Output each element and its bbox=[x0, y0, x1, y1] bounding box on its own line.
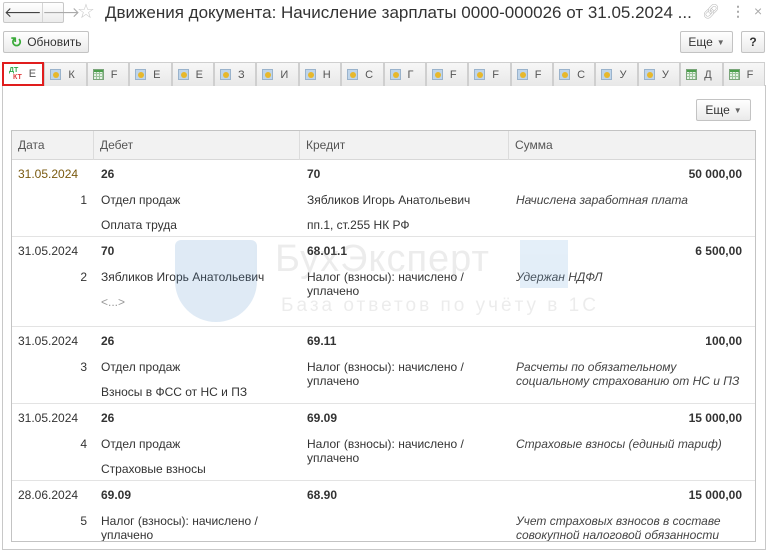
date-cell: 31.05.2024 bbox=[18, 167, 78, 181]
debit-subconto-2: Взносы в ФСС от НС и ПЗ bbox=[101, 385, 296, 399]
credit-account: 68.01.1 bbox=[307, 244, 347, 258]
table-row[interactable]: 31.05.2024126Отдел продажОплата труда70З… bbox=[12, 160, 755, 237]
column-header-amount[interactable]: Сумма bbox=[509, 131, 755, 160]
register-tabs: ДТКТЕКFЕЕЗИНСГFFFСУУДF bbox=[2, 62, 766, 86]
tab-label: С bbox=[365, 69, 373, 81]
forward-button[interactable]: 🡒 bbox=[42, 3, 81, 22]
date-cell: 31.05.2024 bbox=[18, 411, 78, 425]
tab-label: Н bbox=[323, 69, 331, 81]
column-header-debit[interactable]: Дебет bbox=[94, 131, 300, 160]
caret-down-icon: ▼ bbox=[717, 38, 725, 47]
table-body: 31.05.2024126Отдел продажОплата труда70З… bbox=[12, 160, 755, 542]
more-label: Еще bbox=[688, 35, 712, 49]
debit-subconto-2: Оплата труда bbox=[101, 218, 296, 232]
table-grid-icon bbox=[686, 69, 697, 80]
register-coins-icon bbox=[432, 69, 443, 80]
tab-7[interactable]: Н bbox=[299, 62, 341, 86]
credit-account: 70 bbox=[307, 167, 320, 181]
table-header: Дата Дебет Кредит Сумма bbox=[12, 131, 755, 160]
table-grid-icon bbox=[729, 69, 740, 80]
table-row[interactable]: 31.05.2024326Отдел продажВзносы в ФСС от… bbox=[12, 327, 755, 404]
entry-content: Учет страховых взносов в составе совокуп… bbox=[516, 514, 746, 542]
star-icon[interactable]: ☆ bbox=[77, 0, 95, 24]
window-title: Движения документа: Начисление зарплаты … bbox=[105, 2, 692, 24]
register-coins-icon bbox=[517, 69, 528, 80]
tab-label: F bbox=[111, 69, 118, 81]
tab-label: И bbox=[280, 69, 288, 81]
tab-5[interactable]: З bbox=[214, 62, 256, 86]
register-coins-icon bbox=[305, 69, 316, 80]
arrow-right-icon: 🡒 bbox=[43, 4, 81, 21]
amount-cell: 50 000,00 bbox=[689, 167, 742, 181]
tab-9[interactable]: Г bbox=[384, 62, 426, 86]
debit-subconto-1: Отдел продаж bbox=[101, 437, 296, 451]
entries-table: Дата Дебет Кредит Сумма 31.05.2024126Отд… bbox=[11, 130, 756, 542]
register-coins-icon bbox=[347, 69, 358, 80]
vertical-dots-icon[interactable]: ⋮ bbox=[731, 3, 745, 20]
date-cell: 31.05.2024 bbox=[18, 244, 78, 258]
table-grid-icon bbox=[93, 69, 104, 80]
line-number: 2 bbox=[74, 270, 87, 284]
refresh-button[interactable]: ↻ Обновить bbox=[3, 31, 89, 53]
table-row[interactable]: 31.05.2024270Зябликов Игорь Анатольевич<… bbox=[12, 237, 755, 327]
credit-subconto-2: пп.1, ст.255 НК РФ bbox=[307, 218, 507, 232]
register-coins-icon bbox=[50, 69, 61, 80]
entry-content: Начислена заработная плата bbox=[516, 193, 746, 207]
refresh-icon: ↻ bbox=[10, 34, 22, 51]
table-row[interactable]: 31.05.2024426Отдел продажСтраховые взнос… bbox=[12, 404, 755, 481]
link-icon[interactable]: 🔗︎ bbox=[702, 3, 720, 20]
credit-subconto-1: Налог (взносы): начислено / уплачено bbox=[307, 270, 507, 298]
register-coins-icon bbox=[474, 69, 485, 80]
tab-label: Д bbox=[704, 69, 711, 81]
tab-label: З bbox=[238, 69, 245, 81]
line-number: 3 bbox=[74, 360, 87, 374]
line-number: 1 bbox=[74, 193, 87, 207]
line-number: 5 bbox=[74, 514, 87, 528]
tab-label: С bbox=[577, 69, 585, 81]
back-button[interactable]: 🡐 bbox=[4, 3, 42, 22]
table-more-button[interactable]: Еще ▼ bbox=[696, 99, 751, 121]
help-label: ? bbox=[749, 35, 756, 49]
register-coins-icon bbox=[601, 69, 612, 80]
debit-subconto-2: Страховые взносы bbox=[101, 462, 296, 476]
table-row[interactable]: 28.06.2024569.09Налог (взносы): начислен… bbox=[12, 481, 755, 542]
tab-11[interactable]: F bbox=[468, 62, 510, 86]
line-number: 4 bbox=[74, 437, 87, 451]
entry-content: Удержан НДФЛ bbox=[516, 270, 746, 284]
debit-account: 70 bbox=[101, 244, 114, 258]
tab-label: Г bbox=[408, 69, 414, 81]
credit-account: 69.09 bbox=[307, 411, 337, 425]
date-cell: 28.06.2024 bbox=[18, 488, 78, 502]
amount-cell: 6 500,00 bbox=[695, 244, 742, 258]
debit-account: 26 bbox=[101, 167, 114, 181]
credit-account: 69.11 bbox=[307, 334, 336, 348]
debit-account: 26 bbox=[101, 411, 114, 425]
tab-16[interactable]: Д bbox=[680, 62, 722, 86]
dt-kt-icon: ДТКТ bbox=[9, 67, 22, 81]
debit-account: 69.09 bbox=[101, 488, 131, 502]
tab-label: F bbox=[535, 69, 542, 81]
tab-label: Е bbox=[196, 69, 203, 81]
window-titlebar: 🡐 🡒 ☆ Движения документа: Начисление зар… bbox=[0, 0, 768, 26]
close-icon[interactable]: × bbox=[754, 3, 762, 19]
table-more-label: Еще bbox=[705, 103, 729, 117]
column-header-credit[interactable]: Кредит bbox=[300, 131, 509, 160]
date-cell: 31.05.2024 bbox=[18, 334, 78, 348]
tab-3[interactable]: Е bbox=[129, 62, 171, 86]
debit-subconto-2: <...> bbox=[101, 295, 296, 309]
register-coins-icon bbox=[135, 69, 146, 80]
amount-cell: 100,00 bbox=[705, 334, 742, 348]
credit-subconto-1: Налог (взносы): начислено / уплачено bbox=[307, 437, 507, 465]
tab-label: F bbox=[450, 69, 457, 81]
debit-account: 26 bbox=[101, 334, 114, 348]
caret-down-icon: ▼ bbox=[734, 106, 742, 115]
entry-content: Расчеты по обязательному социальному стр… bbox=[516, 360, 746, 388]
register-coins-icon bbox=[559, 69, 570, 80]
entry-content: Страховые взносы (единый тариф) bbox=[516, 437, 746, 451]
debit-subconto-1: Зябликов Игорь Анатольевич bbox=[101, 270, 296, 284]
refresh-label: Обновить bbox=[27, 35, 81, 49]
arrow-left-icon: 🡐 bbox=[4, 4, 42, 21]
register-coins-icon bbox=[644, 69, 655, 80]
debit-subconto-1: Налог (взносы): начислено / уплачено bbox=[101, 514, 296, 542]
tab-label: У bbox=[662, 69, 669, 81]
tab-17[interactable]: F bbox=[723, 62, 765, 86]
tab-0[interactable]: ДТКТЕ bbox=[2, 62, 44, 86]
tab-10[interactable]: F bbox=[426, 62, 468, 86]
column-header-date[interactable]: Дата bbox=[12, 131, 94, 160]
debit-subconto-1: Отдел продаж bbox=[101, 360, 296, 374]
amount-cell: 15 000,00 bbox=[689, 411, 742, 425]
tab-label: У bbox=[619, 69, 626, 81]
tab-14[interactable]: У bbox=[595, 62, 637, 86]
credit-subconto-1: Зябликов Игорь Анатольевич bbox=[307, 193, 507, 207]
tab-label: F bbox=[492, 69, 499, 81]
tab-label: F bbox=[747, 69, 754, 81]
debit-subconto-1: Отдел продаж bbox=[101, 193, 296, 207]
more-button[interactable]: Еще ▼ bbox=[680, 31, 733, 53]
register-coins-icon bbox=[178, 69, 189, 80]
register-coins-icon bbox=[220, 69, 231, 80]
navigation-group: 🡐 🡒 bbox=[3, 2, 64, 23]
credit-account: 68.90 bbox=[307, 488, 337, 502]
tab-label: Е bbox=[153, 69, 160, 81]
tab-label: К bbox=[68, 69, 74, 81]
tab-13[interactable]: С bbox=[553, 62, 595, 86]
tab-1[interactable]: К bbox=[44, 62, 86, 86]
help-button[interactable]: ? bbox=[741, 31, 765, 53]
register-coins-icon bbox=[262, 69, 273, 80]
amount-cell: 15 000,00 bbox=[689, 488, 742, 502]
tab-6[interactable]: И bbox=[256, 62, 298, 86]
tab-8[interactable]: С bbox=[341, 62, 383, 86]
tab-15[interactable]: У bbox=[638, 62, 680, 86]
tab-4[interactable]: Е bbox=[172, 62, 214, 86]
tab-2[interactable]: F bbox=[87, 62, 129, 86]
tab-label: Е bbox=[29, 68, 36, 80]
tab-12[interactable]: F bbox=[511, 62, 553, 86]
register-coins-icon bbox=[390, 69, 401, 80]
credit-subconto-1: Налог (взносы): начислено / уплачено bbox=[307, 360, 507, 388]
